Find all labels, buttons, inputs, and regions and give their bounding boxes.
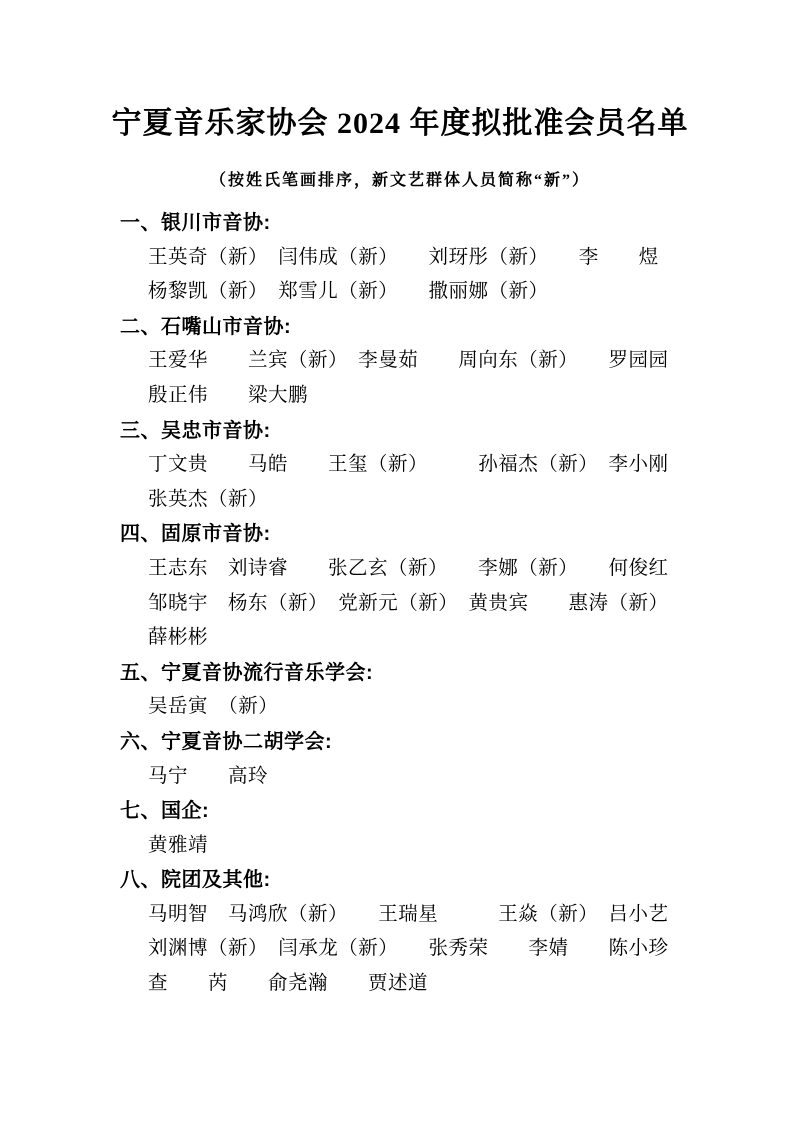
section-troupes-others: 八、院团及其他: 马明智 马鸿欣（新） 王瑞星 王焱（新） 吕小艺 刘渊博（新）… bbox=[120, 863, 690, 1001]
member-line: 薛彬彬 bbox=[120, 621, 690, 656]
section-yinchuan: 一、银川市音协: 王英奇（新） 闫伟成（新） 刘玡彤（新） 李 煜 杨黎凯（新）… bbox=[120, 206, 690, 310]
section-heading: 三、吴忠市音协: bbox=[120, 414, 690, 449]
section-heading: 八、院团及其他: bbox=[120, 863, 690, 898]
section-erhu: 六、宁夏音协二胡学会: 马宁 高玲 bbox=[120, 725, 690, 794]
member-line: 杨黎凯（新） 郑雪儿（新） 撒丽娜（新） bbox=[120, 275, 690, 310]
section-wuzhong: 三、吴忠市音协: 丁文贵 马皓 王玺（新） 孙福杰（新） 李小刚 张英杰（新） bbox=[120, 414, 690, 518]
member-line: 王志东 刘诗睿 张乙玄（新） 李娜（新） 何俊红 bbox=[120, 552, 690, 587]
member-line: 查 芮 俞尧瀚 贾述道 bbox=[120, 967, 690, 1002]
section-heading: 六、宁夏音协二胡学会: bbox=[120, 725, 690, 760]
section-guyuan: 四、固原市音协: 王志东 刘诗睿 张乙玄（新） 李娜（新） 何俊红 邹晓宇 杨东… bbox=[120, 517, 690, 655]
member-line: 马宁 高玲 bbox=[120, 760, 690, 795]
member-line: 王英奇（新） 闫伟成（新） 刘玡彤（新） 李 煜 bbox=[120, 241, 690, 276]
section-heading: 一、银川市音协: bbox=[120, 206, 690, 241]
document-title: 宁夏音乐家协会 2024 年度拟批准会员名单 bbox=[0, 98, 800, 142]
document-subtitle: （按姓氏笔画排序，新文艺群体人员简称“新”） bbox=[0, 167, 800, 190]
member-line: 殷正伟 梁大鹏 bbox=[120, 379, 690, 414]
member-line: 黄雅靖 bbox=[120, 829, 690, 864]
member-line: 邹晓宇 杨东（新） 党新元（新） 黄贵宾 惠涛（新） bbox=[120, 587, 690, 622]
section-state-enterprise: 七、国企: 黄雅靖 bbox=[120, 794, 690, 863]
section-shizuishan: 二、石嘴山市音协: 王爱华 兰宾（新） 李曼茹 周向东（新） 罗园园 殷正伟 梁… bbox=[120, 310, 690, 414]
member-line: 吴岳寅 （新） bbox=[120, 690, 690, 725]
member-line: 王爱华 兰宾（新） 李曼茹 周向东（新） 罗园园 bbox=[120, 344, 690, 379]
document-page: 宁夏音乐家协会 2024 年度拟批准会员名单 （按姓氏笔画排序，新文艺群体人员简… bbox=[0, 0, 800, 1123]
member-line: 马明智 马鸿欣（新） 王瑞星 王焱（新） 吕小艺 bbox=[120, 898, 690, 933]
member-line: 丁文贵 马皓 王玺（新） 孙福杰（新） 李小刚 bbox=[120, 448, 690, 483]
section-heading: 五、宁夏音协流行音乐学会: bbox=[120, 656, 690, 691]
section-heading: 七、国企: bbox=[120, 794, 690, 829]
section-heading: 二、石嘴山市音协: bbox=[120, 310, 690, 345]
section-pop-music: 五、宁夏音协流行音乐学会: 吴岳寅 （新） bbox=[120, 656, 690, 725]
member-line: 张英杰（新） bbox=[120, 483, 690, 518]
section-heading: 四、固原市音协: bbox=[120, 517, 690, 552]
member-line: 刘渊博（新） 闫承龙（新） 张秀荣 李婧 陈小珍 bbox=[120, 932, 690, 967]
member-list: 一、银川市音协: 王英奇（新） 闫伟成（新） 刘玡彤（新） 李 煜 杨黎凯（新）… bbox=[120, 206, 690, 1002]
